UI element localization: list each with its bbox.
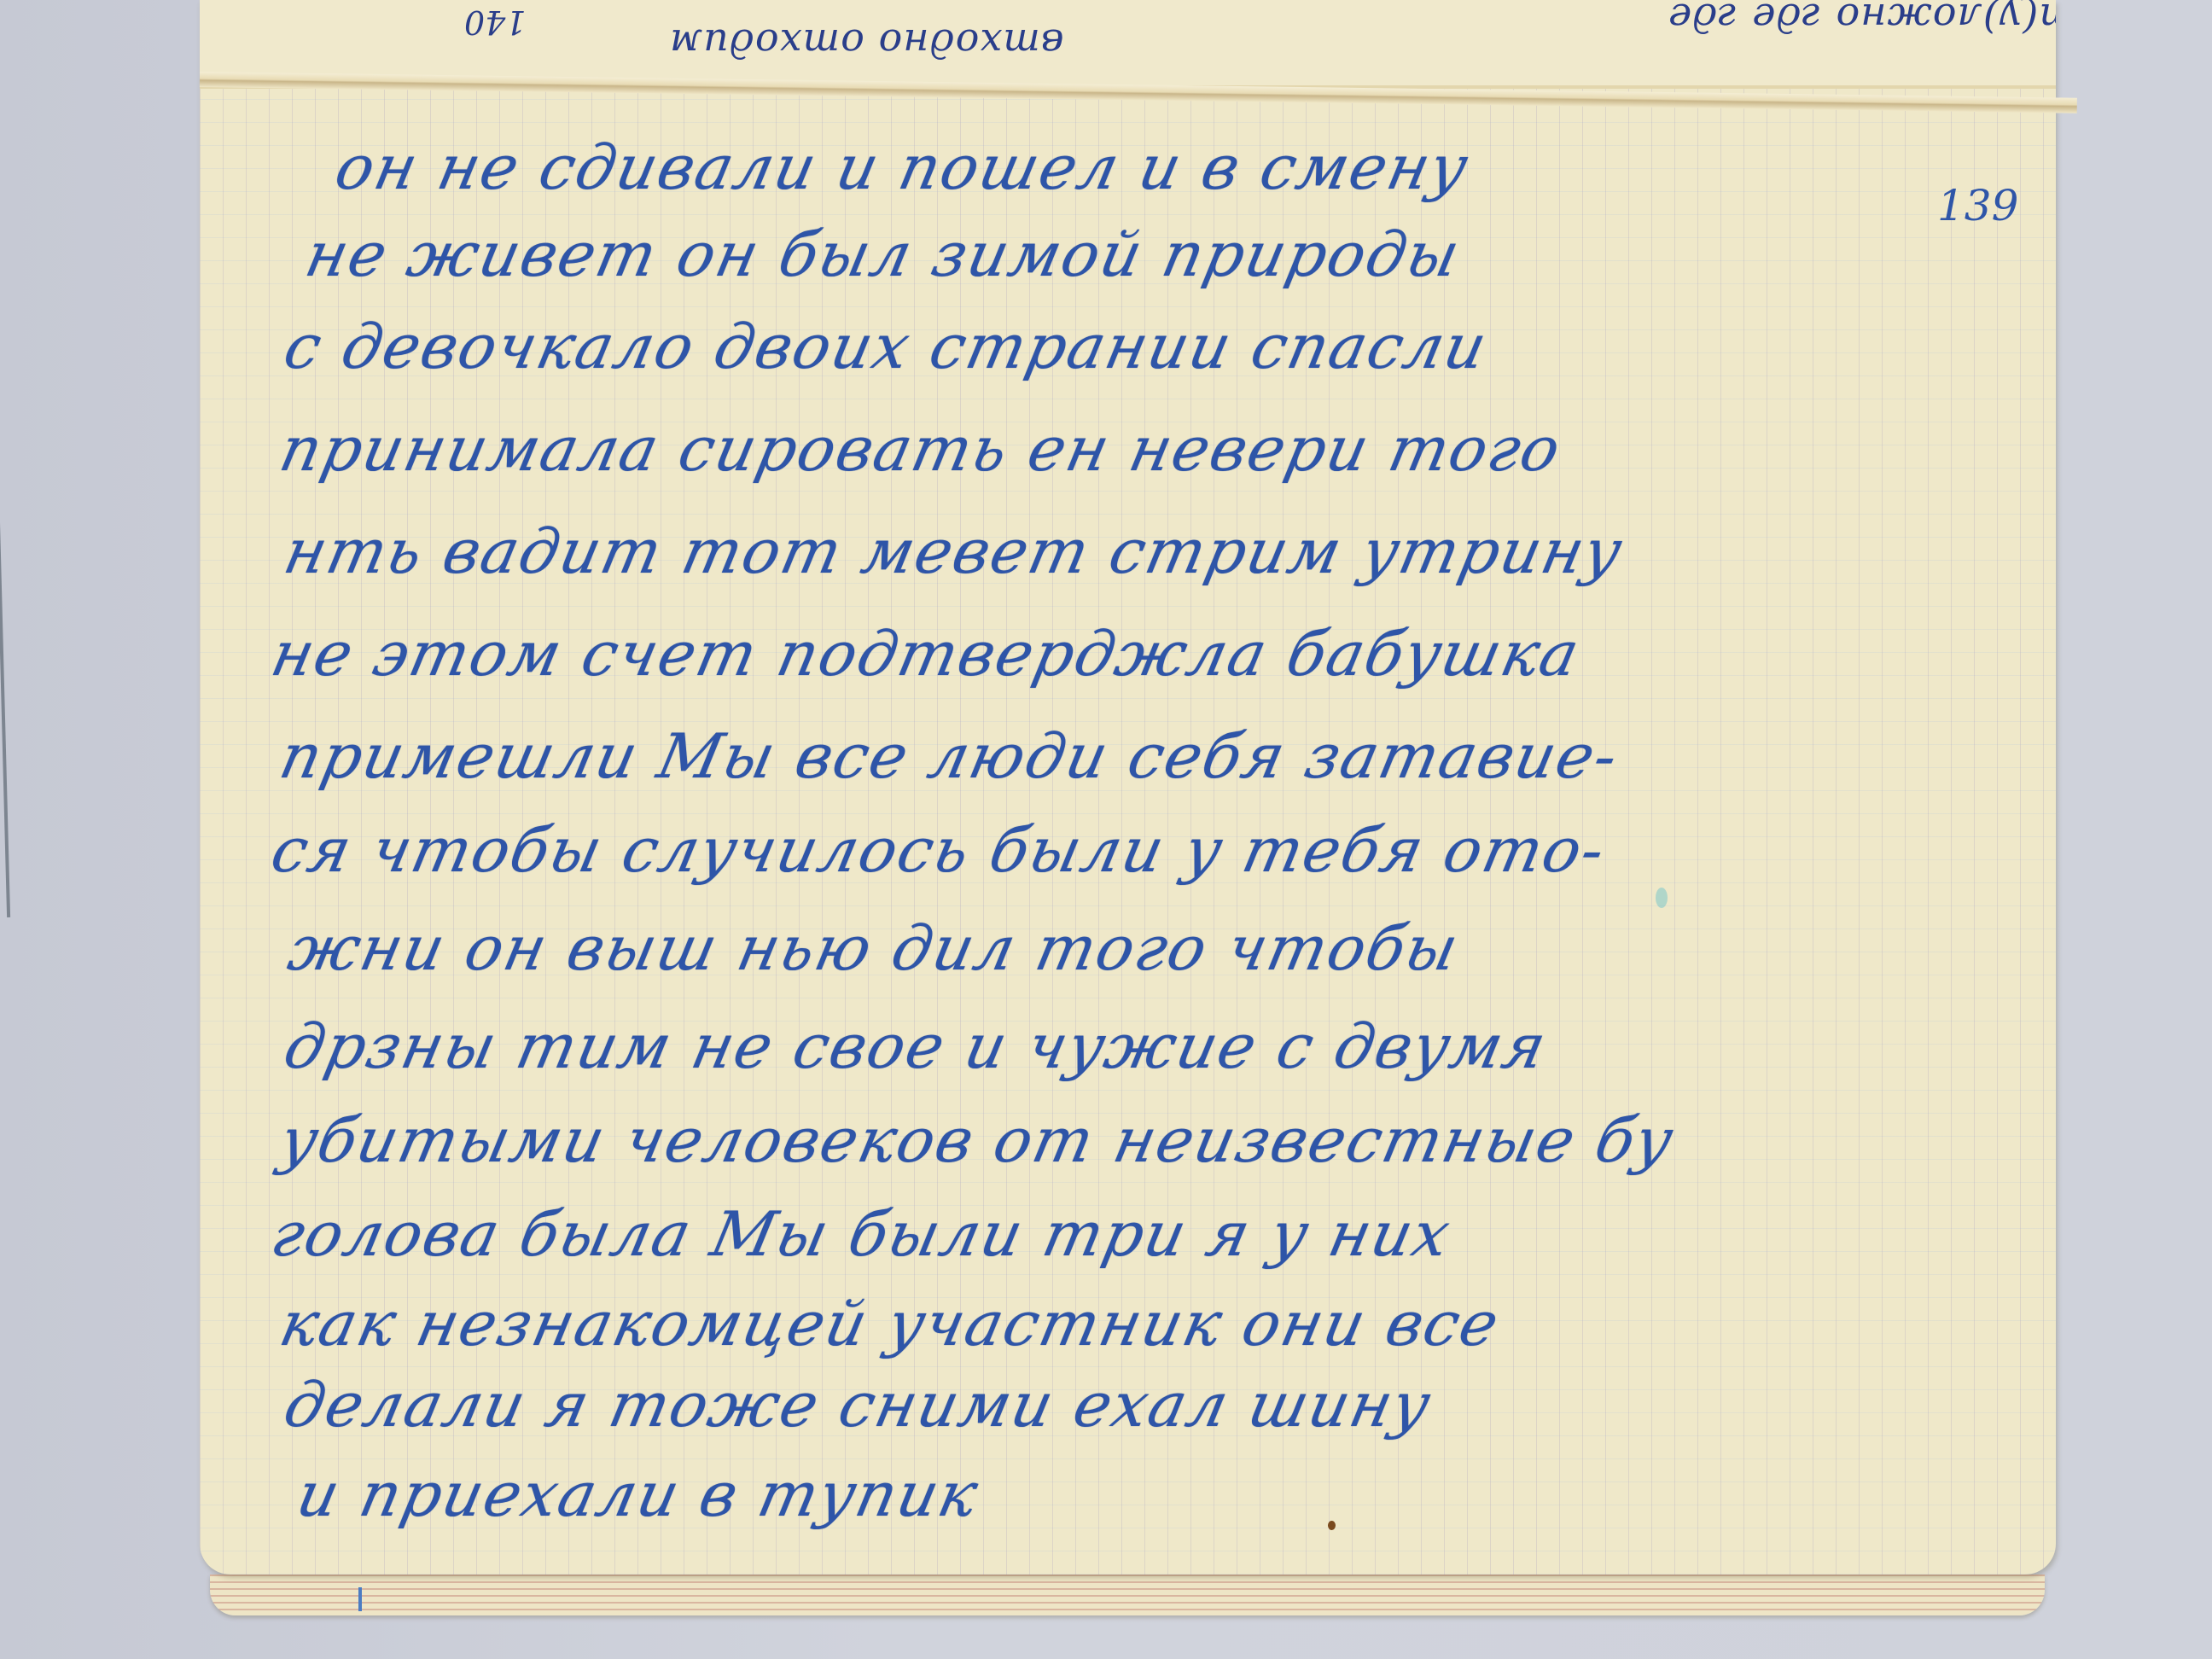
handwritten-line: принимала сировать ен невери того bbox=[275, 418, 1567, 480]
page-number: 139 bbox=[1937, 181, 2018, 230]
handwritten-line: примешли Мы все люди себя затавие- bbox=[275, 725, 1624, 787]
previous-page-number: 140 bbox=[464, 3, 527, 41]
handwritten-line: с девочкало двоих странии спасли bbox=[279, 316, 1493, 377]
handwritten-line: ся чтобы случилось были у тебя ото- bbox=[266, 819, 1611, 881]
handwritten-line: дрзны тим не свое и чужие с двумя bbox=[279, 1016, 1552, 1077]
handwritten-line: как незнакомцей участник они все bbox=[275, 1293, 1505, 1354]
handwritten-line: жни он выш нью дил того чтобы bbox=[283, 917, 1464, 979]
ink-smudge bbox=[1656, 888, 1668, 908]
handwritten-line: не этом счет подтверджла бабушка bbox=[266, 623, 1586, 684]
handwritten-line: он не сдивали и пошел и в смену bbox=[330, 137, 1475, 198]
notebook-page-stack bbox=[210, 1575, 2045, 1615]
handwritten-line: голова была Мы были три я у них bbox=[266, 1203, 1456, 1265]
handwritten-line: не живет он был зимой природы bbox=[300, 224, 1466, 285]
handwritten-line: и приехали в тупик bbox=[292, 1464, 984, 1525]
handwritten-line: убитыми человеков от неизвестные бу bbox=[275, 1109, 1679, 1171]
handwritten-line: нть вадит тот мевет стрим утрину bbox=[279, 521, 1628, 582]
stain-spot bbox=[1328, 1521, 1336, 1530]
handwritten-line: делали я тоже сними ехал шину bbox=[279, 1374, 1437, 1435]
previous-page-line: втходно отходим bbox=[669, 20, 1064, 67]
previous-page-line: Видиму о т(у)ложно где где bbox=[1668, 0, 2056, 41]
margin-ink-mark bbox=[358, 1587, 362, 1611]
